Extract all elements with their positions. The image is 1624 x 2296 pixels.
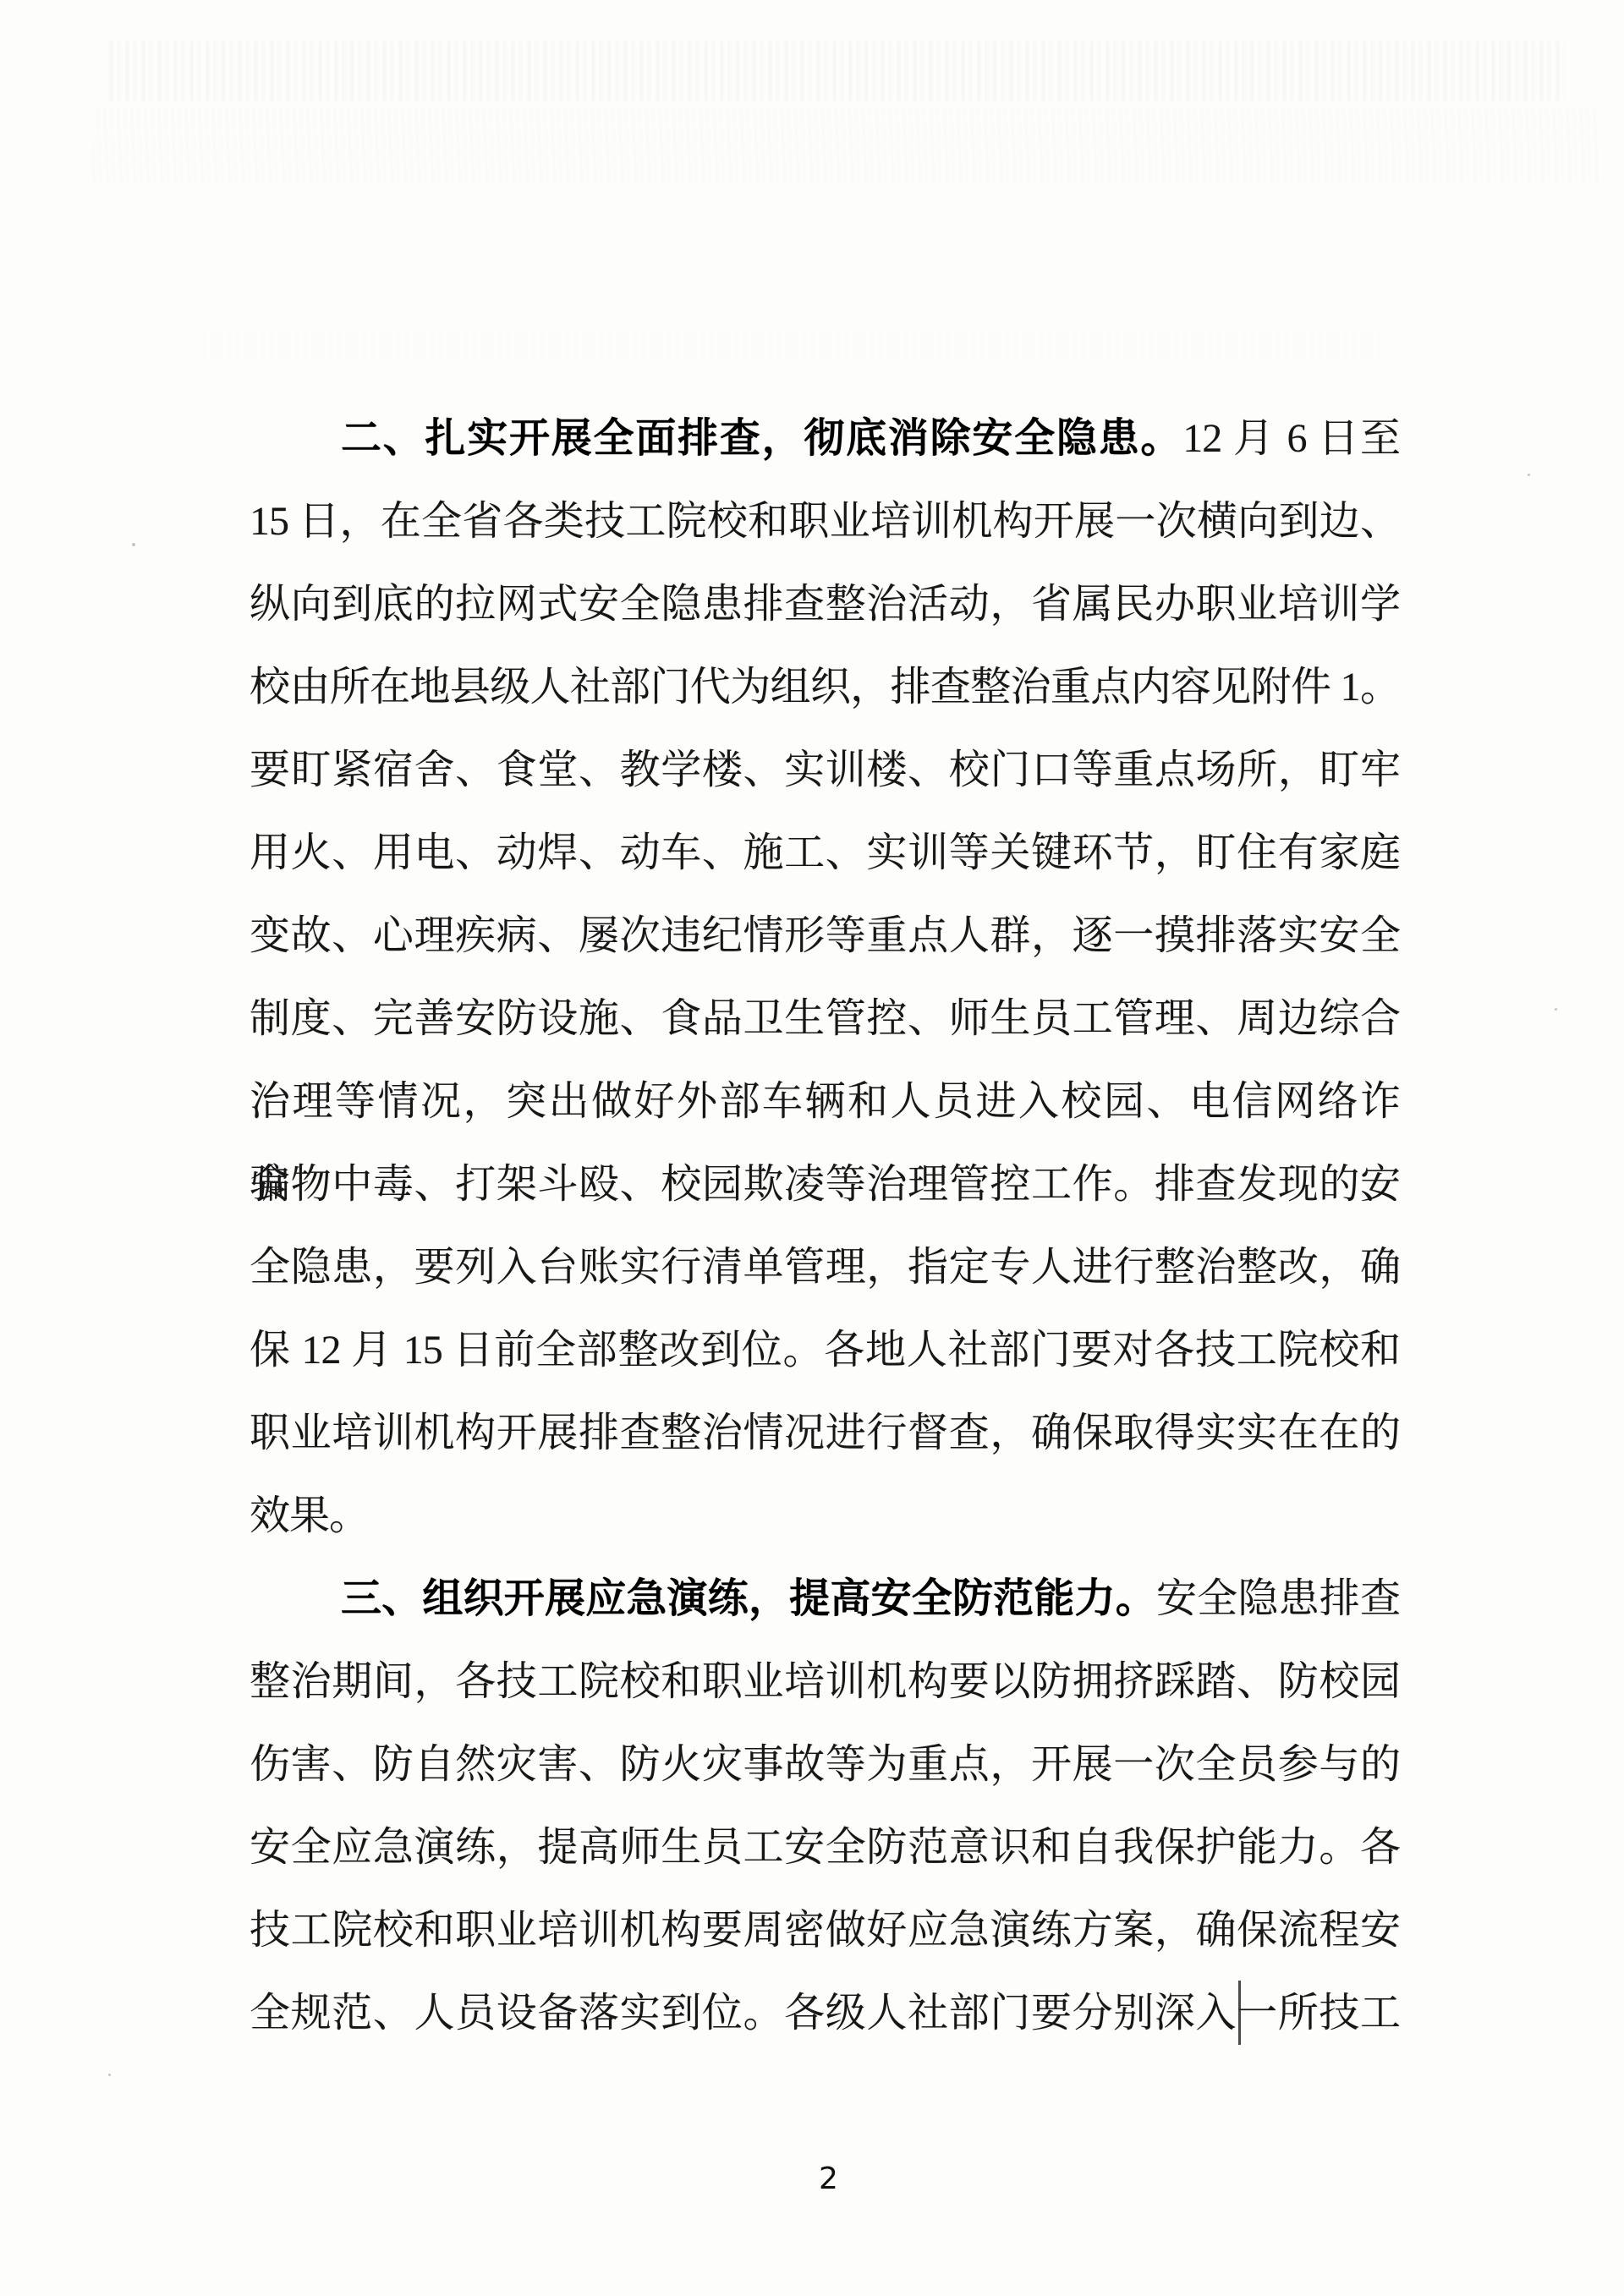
scan-speck <box>108 2074 111 2076</box>
line-text: 技工院校和职业培训机构要周密做好应急演练方案，确保流程安 <box>250 1908 1400 1953</box>
line-text: 纵向到底的拉网式安全隐患排查整治活动，省属民办职业培训学 <box>250 582 1400 627</box>
line-text: 安全应急演练，提高师生员工安全防范意识和自我保护能力。各 <box>250 1825 1400 1870</box>
line-text: 用火、用电、动焊、动车、施工、实训等关键环节，盯住有家庭 <box>250 830 1400 875</box>
text-line: 伤害、防自然灾害、防火灾事故等为重点，开展一次全员参与的 <box>250 1723 1400 1806</box>
section-heading: 三、组织开展应急演练，提高安全防范能力。 <box>341 1576 1156 1621</box>
text-line: 全隐患，要列入台账实行清单管理，指定专人进行整治整改，确 <box>250 1226 1400 1309</box>
text-line: 整治期间，各技工院校和职业培训机构要以防拥挤踩踏、防校园 <box>250 1641 1400 1723</box>
text-line: 校由所在地县级人社部门代为组织，排查整治重点内容见附件 1。 <box>250 646 1400 729</box>
text-line: 要盯紧宿舍、食堂、教学楼、实训楼、校门口等重点场所，盯牢 <box>250 729 1400 812</box>
text-line: 效果。 <box>250 1475 1400 1558</box>
text-line: 技工院校和职业培训机构要周密做好应急演练方案，确保流程安 <box>250 1889 1400 1972</box>
scan-speck <box>1555 1008 1557 1011</box>
scan-noise-band <box>110 41 1565 101</box>
line-text: 制度、完善安防设施、食品卫生管控、师生员工管理、周边综合 <box>250 996 1400 1041</box>
text-line: 保 12 月 15 日前全部整改到位。各地人社部门要对各技工院校和 <box>250 1309 1400 1392</box>
text-line: 治理等情况，突出做好外部车辆和人员进入校园、电信网络诈骗、 <box>250 1060 1400 1143</box>
text-line: 纵向到底的拉网式安全隐患排查整治活动，省属民办职业培训学 <box>250 563 1400 646</box>
text-line: 职业培训机构开展排查整治情况进行督查，确保取得实实在在的 <box>250 1392 1400 1475</box>
line-text: 全隐患，要列入台账实行清单管理，指定专人进行整治整改，确 <box>250 1245 1400 1290</box>
line-text: 整治期间，各技工院校和职业培训机构要以防拥挤踩踏、防校园 <box>250 1659 1400 1704</box>
line-text: 食物中毒、打架斗殴、校园欺凌等治理管控工作。排查发现的安 <box>250 1162 1400 1207</box>
document-body-text: 二、扎实开展全面排查，彻底消除安全隐患。12 月 6 日至 15 日，在全省各类… <box>250 397 1400 2055</box>
line-text: 要盯紧宿舍、食堂、教学楼、实训楼、校门口等重点场所，盯牢 <box>250 748 1400 792</box>
text-line: 制度、完善安防设施、食品卫生管控、师生员工管理、周边综合 <box>250 978 1400 1060</box>
text-line: 15 日，在全省各类技工院校和职业培训机构开展一次横向到边、 <box>250 480 1400 563</box>
text-line: 食物中毒、打架斗殴、校园欺凌等治理管控工作。排查发现的安 <box>250 1143 1400 1226</box>
line-text: 效果。 <box>250 1493 369 1538</box>
text-line: 变故、心理疾病、屡次违纪情形等重点人群，逐一摸排落实安全 <box>250 895 1400 978</box>
scanned-document-page: 二、扎实开展全面排查，彻底消除安全隐患。12 月 6 日至 15 日，在全省各类… <box>0 0 1624 2296</box>
line-text: 12 月 6 日至 <box>1182 416 1400 461</box>
line-text: 校由所在地县级人社部门代为组织，排查整治重点内容见附件 1。 <box>250 665 1400 710</box>
section-heading: 二、扎实开展全面排查，彻底消除安全隐患。 <box>341 416 1182 461</box>
scan-speck <box>1528 474 1530 476</box>
line-text: 变故、心理疾病、屡次违纪情形等重点人群，逐一摸排落实安全 <box>250 913 1400 958</box>
line-text: 职业培训机构开展排查整治情况进行督查，确保取得实实在在的 <box>250 1411 1400 1455</box>
text-line: 全规范、人员设备落实到位。各级人社部门要分别深入一所技工 <box>250 1972 1400 2055</box>
page-number: 2 <box>819 2162 838 2197</box>
scan-speck <box>132 543 135 546</box>
line-text: 安全隐患排查 <box>1156 1576 1400 1621</box>
text-line: 用火、用电、动焊、动车、施工、实训等关键环节，盯住有家庭 <box>250 812 1400 895</box>
scan-noise-band <box>203 332 1387 362</box>
text-line: 安全应急演练，提高师生员工安全防范意识和自我保护能力。各 <box>250 1806 1400 1889</box>
line-text: 全规范、人员设备落实到位。各级人社部门要分别深入一所技工 <box>250 1991 1400 2036</box>
text-line: 二、扎实开展全面排查，彻底消除安全隐患。12 月 6 日至 <box>250 397 1400 480</box>
line-text: 15 日，在全省各类技工院校和职业培训机构开展一次横向到边、 <box>250 499 1400 544</box>
fold-crease-artifact <box>1238 1981 1241 2045</box>
scan-noise-band <box>93 108 1599 183</box>
text-line: 三、组织开展应急演练，提高安全防范能力。安全隐患排查 <box>250 1558 1400 1641</box>
line-text: 保 12 月 15 日前全部整改到位。各地人社部门要对各技工院校和 <box>250 1328 1400 1373</box>
line-text: 伤害、防自然灾害、防火灾事故等为重点，开展一次全员参与的 <box>250 1742 1400 1787</box>
